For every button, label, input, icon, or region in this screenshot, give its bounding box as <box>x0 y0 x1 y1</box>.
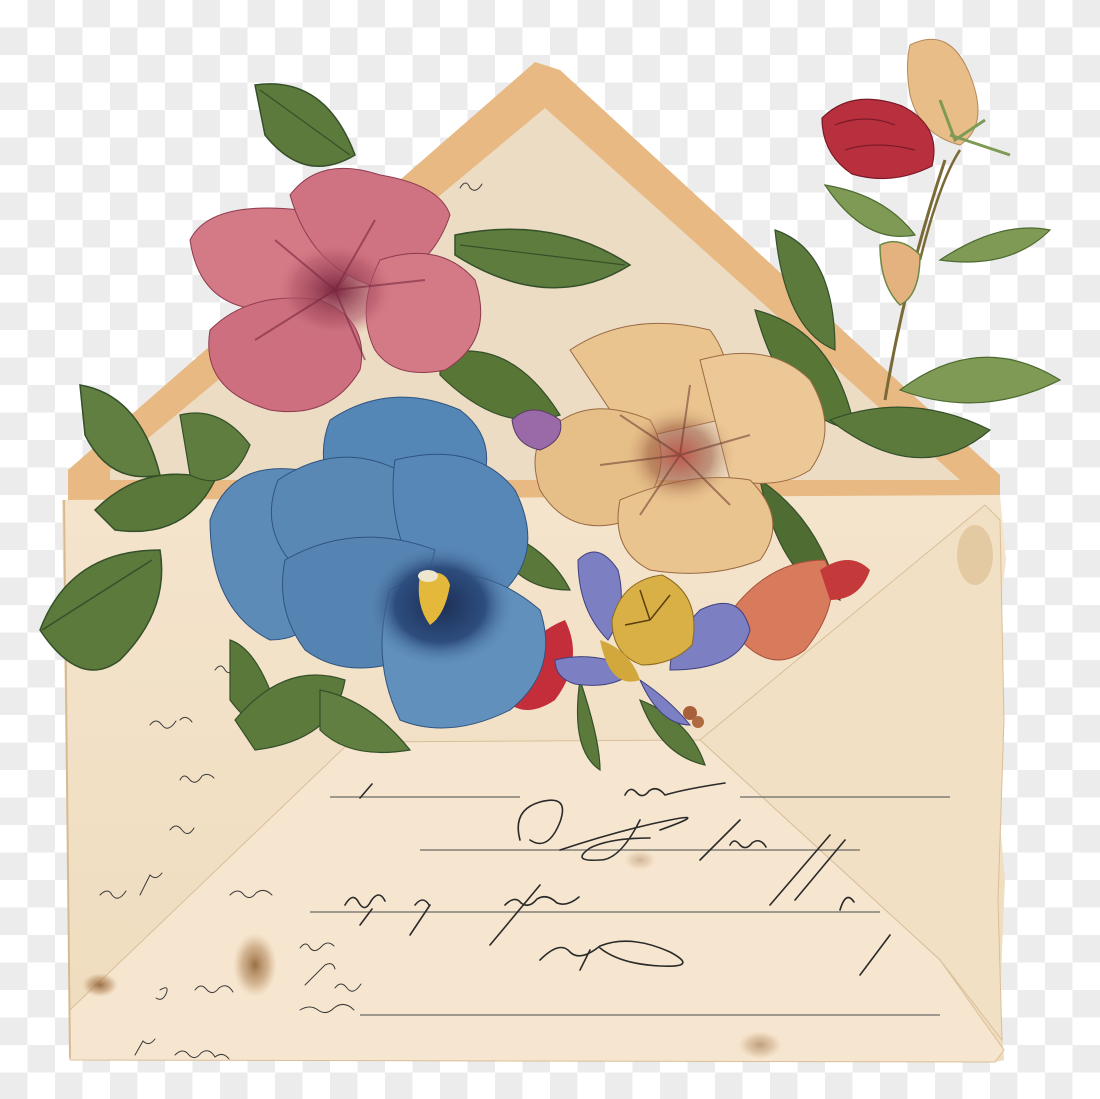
stain <box>738 1031 782 1059</box>
stain <box>233 933 277 997</box>
stain <box>957 525 993 585</box>
stain <box>624 850 656 870</box>
envelope-illustration <box>0 0 1100 1099</box>
illustration-stage: Vintage envelope stuffed with botanical … <box>0 0 1100 1099</box>
stain <box>82 973 118 997</box>
